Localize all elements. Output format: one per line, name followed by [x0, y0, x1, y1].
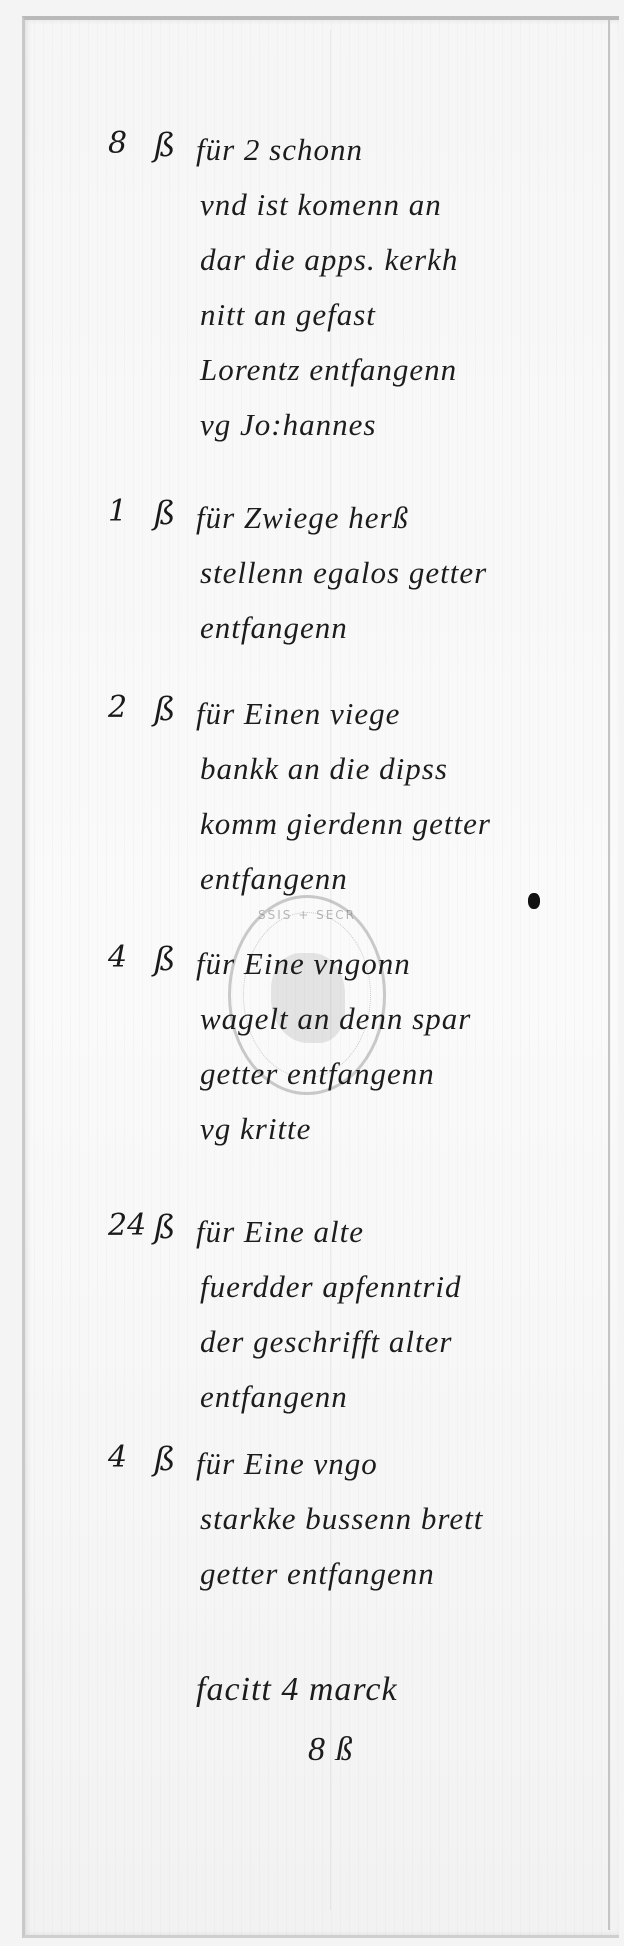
ink-blot — [528, 893, 540, 909]
entry-amount: 24 — [108, 1208, 146, 1243]
schilling-symbol: ß — [154, 1440, 175, 1478]
schilling-symbol: ß — [154, 126, 175, 164]
ledger-total: facitt 4 marck 8 ß — [196, 1660, 556, 1780]
total-line: facitt 4 marck — [196, 1660, 556, 1720]
entry-line: vg kritte — [200, 1101, 471, 1156]
entry-amount: 4 — [108, 940, 127, 975]
schilling-symbol: ß — [154, 940, 175, 978]
schilling-symbol: ß — [154, 1208, 175, 1246]
entry-line: wagelt an denn spar — [200, 991, 471, 1046]
entry-amount: 4 — [108, 1440, 127, 1475]
entry-line: entfangenn — [200, 851, 491, 906]
entry-line: für Eine vngo — [196, 1436, 483, 1491]
entry-line: komm gierdenn getter — [200, 796, 491, 851]
entry-amount: 1 — [108, 494, 127, 529]
entry-line: für Zwiege herß — [196, 490, 487, 545]
stamp-text: SSIS + SECR — [231, 908, 383, 922]
entry-line: getter entfangenn — [200, 1046, 471, 1101]
entry-line: vg Jo:hannes — [200, 397, 458, 452]
entry-line: stellenn egalos getter — [200, 545, 487, 600]
entry-line: Lorentz entfangenn — [200, 342, 458, 397]
entry-line: für Einen viege — [196, 686, 491, 741]
entry-line: für 2 schonn — [196, 122, 458, 177]
entry-line: starkke bussenn brett — [200, 1491, 483, 1546]
entry-line: der geschrifft alter — [200, 1314, 462, 1369]
page-right-edge — [608, 20, 610, 1930]
entry-line: entfangenn — [200, 600, 487, 655]
entry-line: getter entfangenn — [200, 1546, 483, 1601]
total-schilling: 8 ß — [308, 1720, 556, 1780]
entry-line: vnd ist komenn an — [200, 177, 458, 232]
entry-line: dar die apps. kerkh — [200, 232, 458, 287]
entry-line: nitt an gefast — [200, 287, 458, 342]
entry-amount: 8 — [108, 126, 127, 161]
entry-line: für Eine alte — [196, 1204, 462, 1259]
entry-line: fuerdder apfenntrid — [200, 1259, 462, 1314]
entry-amount: 2 — [108, 690, 127, 725]
schilling-symbol: ß — [154, 690, 175, 728]
schilling-symbol: ß — [154, 494, 175, 532]
entry-line: für Eine vngonn — [196, 936, 471, 991]
entry-line: entfangenn — [200, 1369, 462, 1424]
entry-line: bankk an die dipss — [200, 741, 491, 796]
